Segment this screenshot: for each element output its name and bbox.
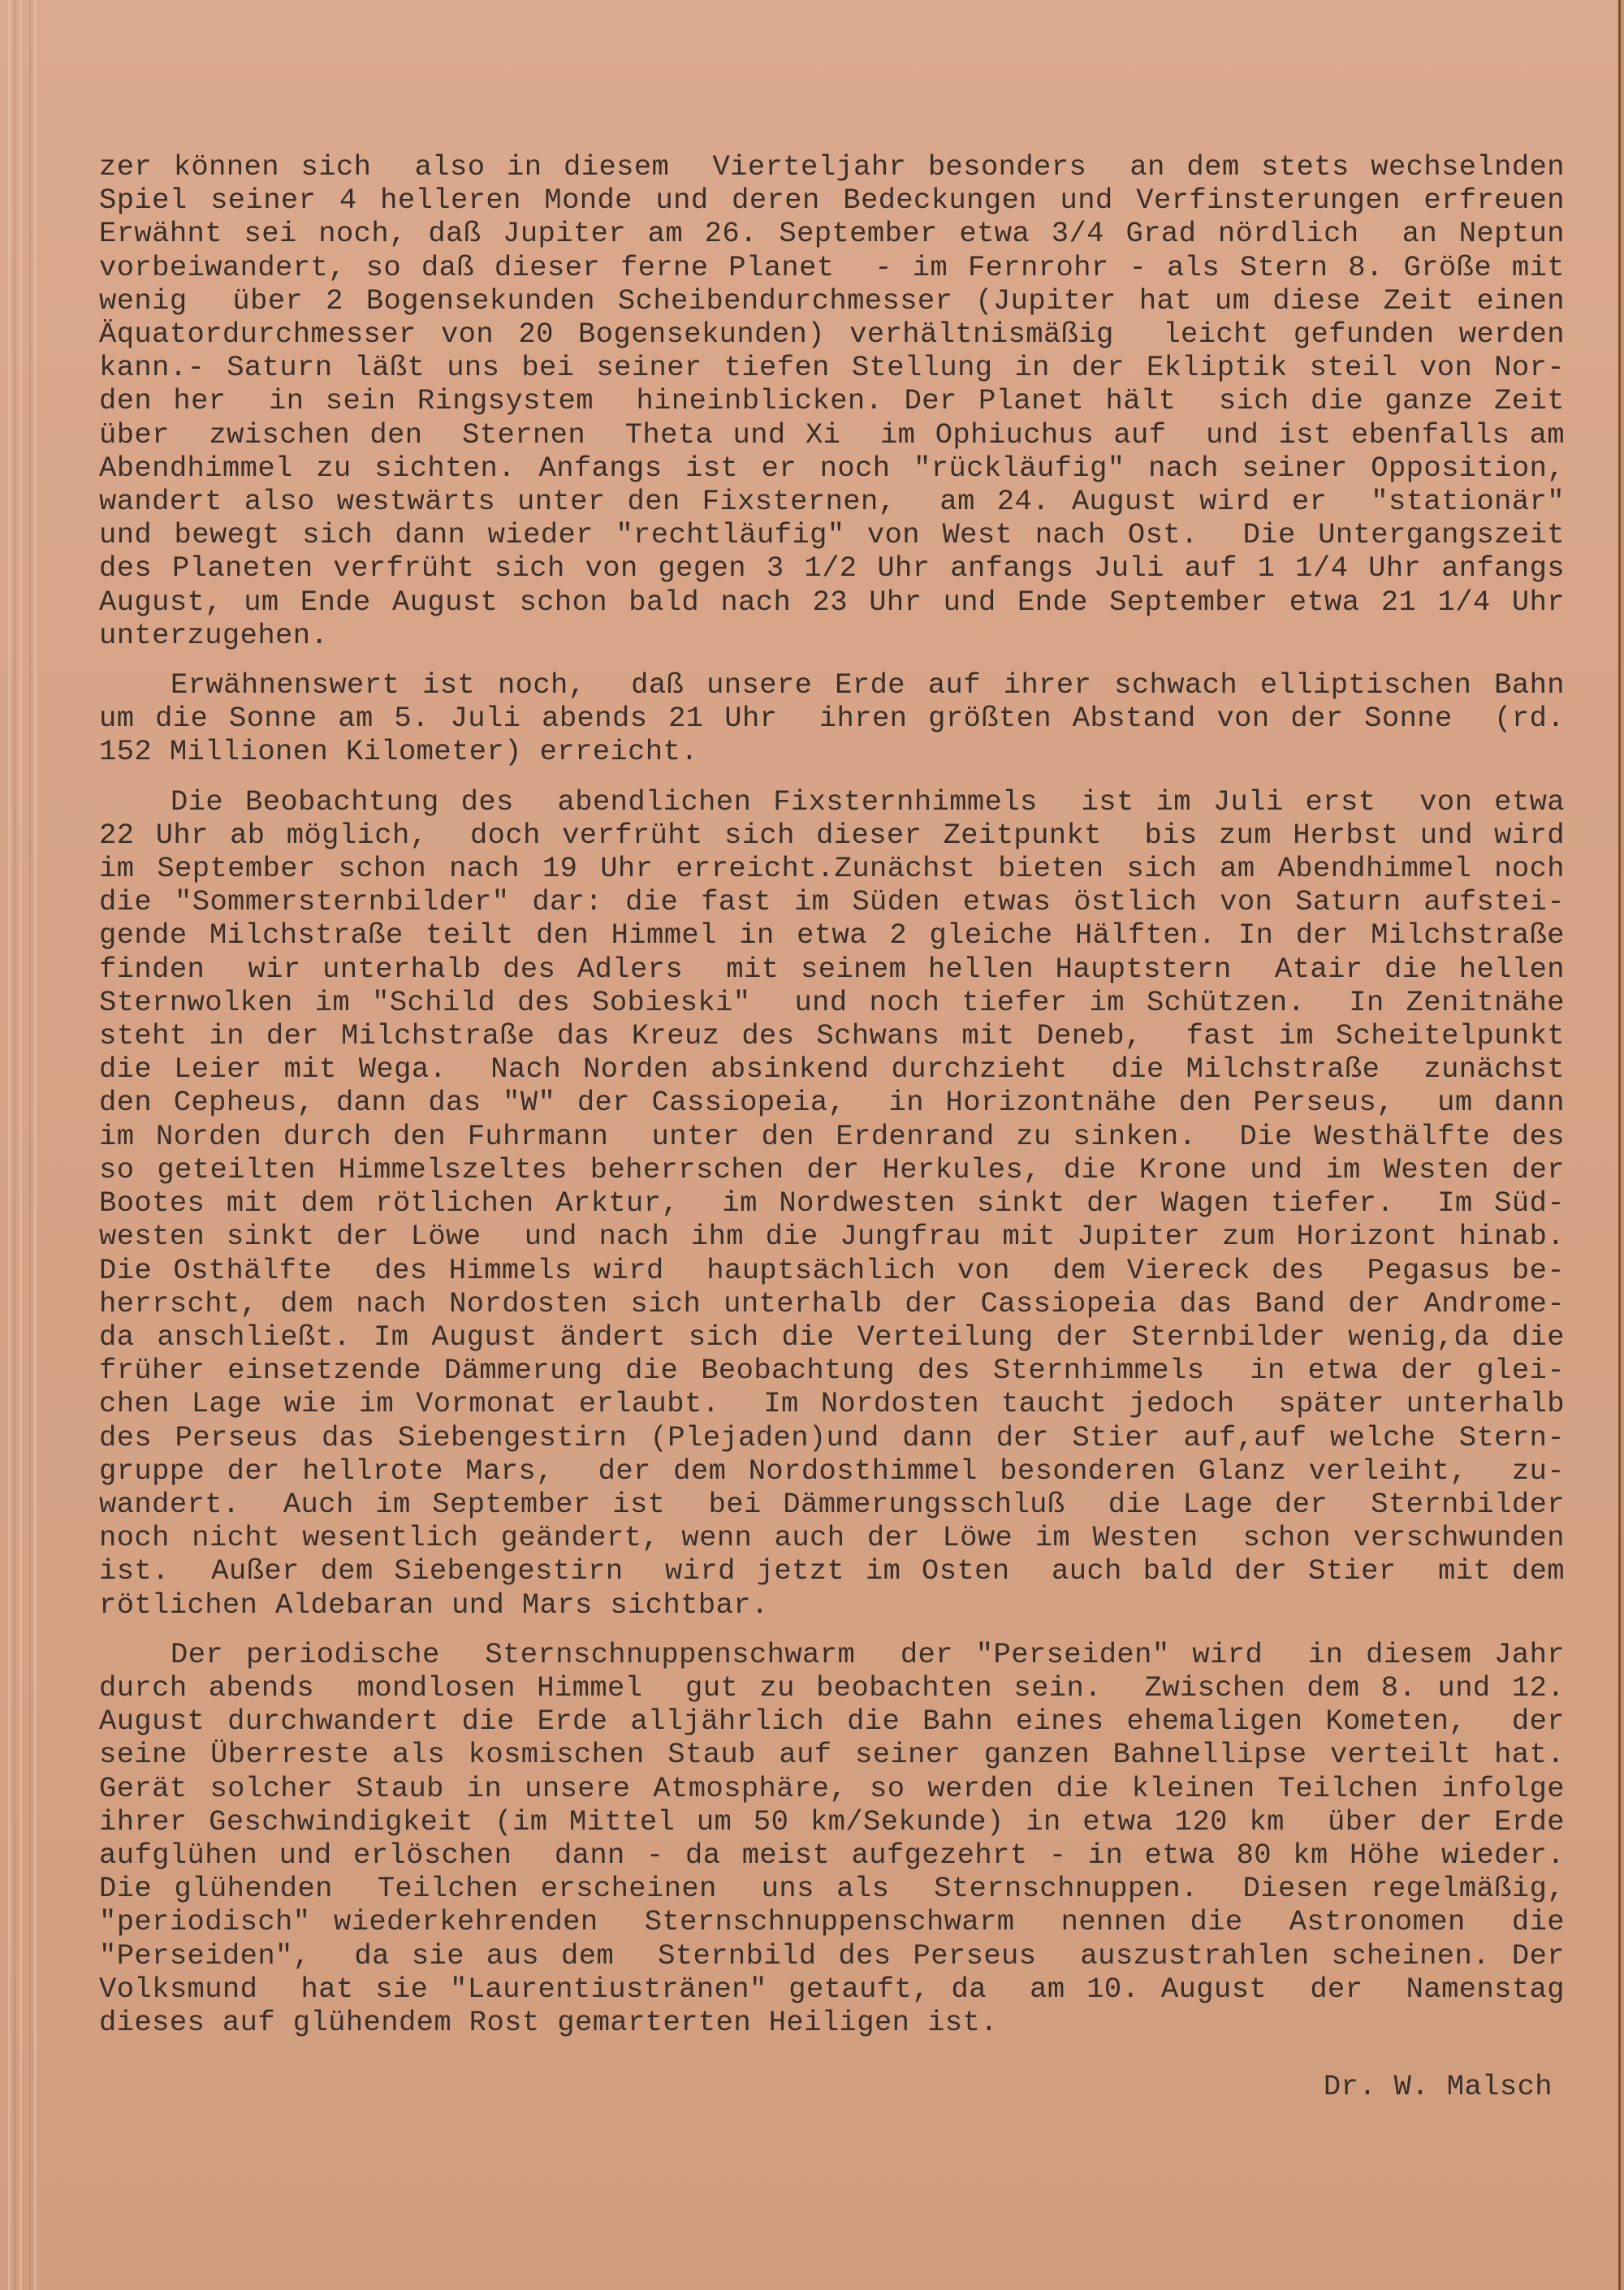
paper-fold-line xyxy=(14,0,15,2290)
text-line: den her in sein Ringsystem hineinblicken… xyxy=(99,384,1565,417)
text-line: im Norden durch den Fuhrmann unter den E… xyxy=(99,1120,1565,1153)
text-line: die "Sommersternbilder" dar: die fast im… xyxy=(99,885,1565,918)
text-line: finden wir unterhalb des Adlers mit sein… xyxy=(99,953,1565,986)
text-line: "periodisch" wiederkehrenden Sternschnup… xyxy=(99,1905,1565,1938)
text-line: da anschließt. Im August ändert sich die… xyxy=(99,1320,1565,1354)
text-line: aufglühen und erlöschen dann - da meist … xyxy=(99,1838,1565,1872)
text-line: unterzugehen. xyxy=(99,619,1565,652)
text-line: Abendhimmel zu sichten. Anfangs ist er n… xyxy=(99,452,1565,485)
text-line: Erwähnt sei noch, daß Jupiter am 26. Sep… xyxy=(99,217,1565,250)
paper-fold-line xyxy=(29,0,31,2290)
text-line: 152 Millionen Kilometer) erreicht. xyxy=(99,735,1565,768)
text-line: 22 Uhr ab möglich, doch verfrüht sich di… xyxy=(99,819,1565,852)
text-line: herrscht, dem nach Nordosten sich unterh… xyxy=(99,1287,1565,1320)
text-line: Die glühenden Teilchen erscheinen uns al… xyxy=(99,1872,1565,1905)
text-line: Die Beobachtung des abendlichen Fixstern… xyxy=(99,785,1565,819)
text-line: gende Milchstraße teilt den Himmel in et… xyxy=(99,918,1565,952)
text-line: steht in der Milchstraße das Kreuz des S… xyxy=(99,1019,1565,1052)
text-line: gruppe der hellrote Mars, der dem Nordos… xyxy=(99,1454,1565,1488)
text-line: August durchwandert die Erde alljährlich… xyxy=(99,1705,1565,1738)
text-line: durch abends mondlosen Himmel gut zu beo… xyxy=(99,1671,1565,1705)
text-line: seine Überreste als kosmischen Staub auf… xyxy=(99,1738,1565,1771)
text-line: ist. Außer dem Siebengestirn wird jetzt … xyxy=(99,1554,1565,1588)
text-line: ihrer Geschwindigkeit (im Mittel um 50 k… xyxy=(99,1805,1565,1838)
text-line: Äquatordurchmesser von 20 Bogensekunden)… xyxy=(99,318,1565,351)
text-line: wandert also westwärts unter den Fixster… xyxy=(99,485,1565,518)
document-body: zer können sich also in diesem Viertelja… xyxy=(99,150,1565,2039)
text-line: Erwähnenswert ist noch, daß unsere Erde … xyxy=(99,668,1565,702)
paragraph: Der periodische Sternschnuppenschwarm de… xyxy=(99,1638,1565,2039)
author-signature: Dr. W. Malsch xyxy=(1324,2070,1553,2103)
text-line: und bewegt sich dann wieder "rechtläufig… xyxy=(99,518,1565,551)
text-line: früher einsetzende Dämmerung die Beobach… xyxy=(99,1354,1565,1387)
text-line: Volksmund hat sie "Laurentiustränen" get… xyxy=(99,1972,1565,2006)
text-line: Gerät solcher Staub in unsere Atmosphäre… xyxy=(99,1772,1565,1805)
text-line: Bootes mit dem rötlichen Arktur, im Nord… xyxy=(99,1186,1565,1220)
text-line: des Perseus das Siebengestirn (Plejaden)… xyxy=(99,1421,1565,1454)
paragraph: zer können sich also in diesem Viertelja… xyxy=(99,150,1565,652)
text-line: chen Lage wie im Vormonat erlaubt. Im No… xyxy=(99,1387,1565,1420)
text-line: westen sinkt der Löwe und nach ihm die J… xyxy=(99,1220,1565,1253)
text-line: so geteilten Himmelszeltes beherrschen d… xyxy=(99,1153,1565,1186)
text-line: zer können sich also in diesem Viertelja… xyxy=(99,150,1565,184)
paragraph: Erwähnenswert ist noch, daß unsere Erde … xyxy=(99,668,1565,769)
paper-fold-line xyxy=(8,0,11,2290)
text-line: Der periodische Sternschnuppenschwarm de… xyxy=(99,1638,1565,1671)
text-line: vorbeiwandert, so daß dieser ferne Plane… xyxy=(99,251,1565,284)
text-line: die Leier mit Wega. Nach Norden absinken… xyxy=(99,1052,1565,1086)
text-line: des Planeten verfrüht sich von gegen 3 1… xyxy=(99,551,1565,585)
text-line: den Cepheus, dann das "W" der Cassiopeia… xyxy=(99,1086,1565,1119)
text-line: "Perseiden", da sie aus dem Sternbild de… xyxy=(99,1939,1565,1972)
text-line: noch nicht wesentlich geändert, wenn auc… xyxy=(99,1521,1565,1554)
text-line: wenig über 2 Bogensekunden Scheibendurch… xyxy=(99,284,1565,318)
text-line: über zwischen den Sternen Theta und Xi i… xyxy=(99,418,1565,452)
text-line: um die Sonne am 5. Juli abends 21 Uhr ih… xyxy=(99,702,1565,735)
text-line: rötlichen Aldebaran und Mars sichtbar. xyxy=(99,1588,1565,1622)
paper-fold-line xyxy=(19,0,22,2290)
text-line: August, um Ende August schon bald nach 2… xyxy=(99,585,1565,619)
text-line: kann.- Saturn läßt uns bei seiner tiefen… xyxy=(99,351,1565,384)
text-line: dieses auf glühendem Rost gemarterten He… xyxy=(99,2006,1565,2039)
text-line: Sternwolken im "Schild des Sobieski" und… xyxy=(99,986,1565,1019)
page-right-strip xyxy=(1621,0,1624,2290)
text-line: Spiel seiner 4 helleren Monde und deren … xyxy=(99,184,1565,217)
paper-fold-line xyxy=(34,0,37,2290)
text-line: Die Osthälfte des Himmels wird hauptsäch… xyxy=(99,1254,1565,1287)
paragraph: Die Beobachtung des abendlichen Fixstern… xyxy=(99,785,1565,1622)
text-line: wandert. Auch im September ist bei Dämme… xyxy=(99,1488,1565,1521)
document-page: zer können sich also in diesem Viertelja… xyxy=(0,0,1624,2290)
text-line: im September schon nach 19 Uhr erreicht.… xyxy=(99,852,1565,885)
